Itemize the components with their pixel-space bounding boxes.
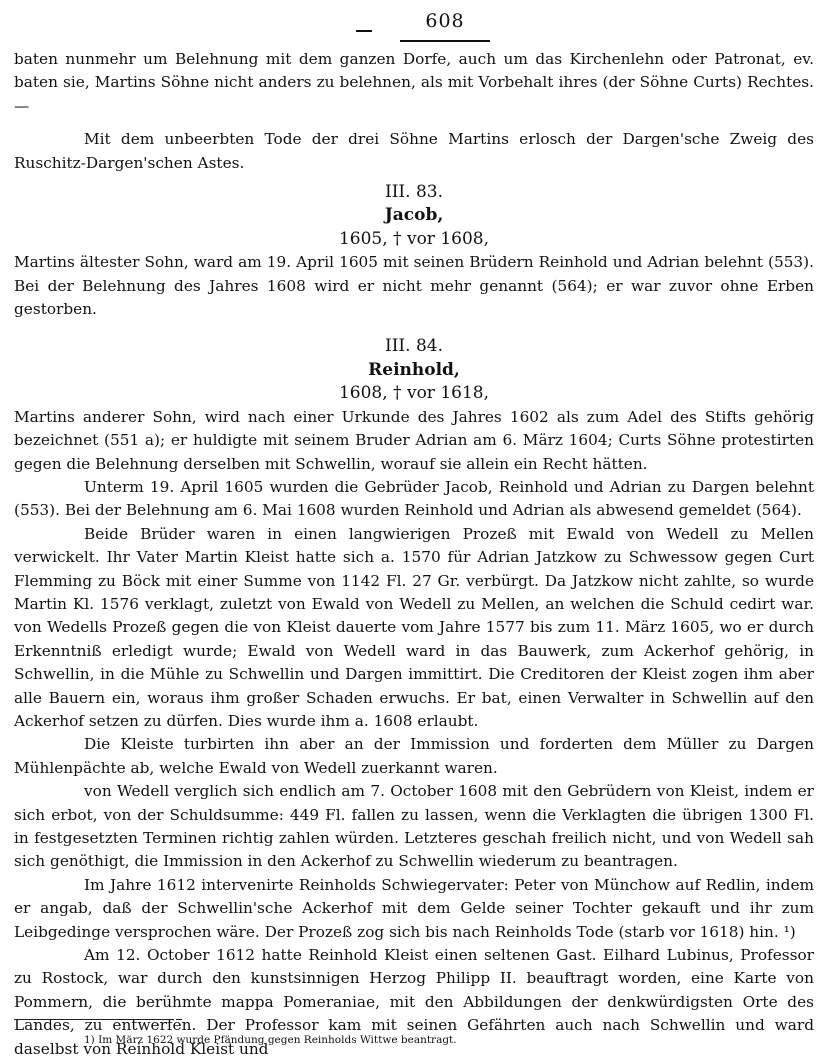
section-paragraph: Martins anderer Sohn, wird nach einer Ur… bbox=[14, 406, 814, 476]
section-name: Reinhold, bbox=[14, 359, 814, 382]
body-text: baten nunmehr um Belehnung mit dem ganze… bbox=[14, 48, 814, 1056]
section-number: III. 84. bbox=[14, 335, 814, 358]
header-rule bbox=[400, 40, 490, 42]
section-paragraph: Beide Brüder waren in einen langwierigen… bbox=[14, 523, 814, 734]
section-dates: 1608, † vor 1618, bbox=[14, 382, 814, 405]
page-number: 608 bbox=[400, 10, 490, 32]
section-paragraph: Unterm 19. April 1605 wurden die Gebrüde… bbox=[14, 476, 814, 523]
header-dash bbox=[356, 30, 372, 32]
page-header: 608 bbox=[0, 8, 826, 48]
section-paragraph: Die Kleiste turbirten ihn aber an der Im… bbox=[14, 733, 814, 780]
document-page: 608 baten nunmehr um Belehnung mit dem g… bbox=[0, 0, 826, 1056]
footnote-rule bbox=[14, 1019, 174, 1020]
section-paragraph: Martins ältester Sohn, ward am 19. April… bbox=[14, 251, 814, 321]
footnote: 1) Im März 1622 wurde Pfändung gegen Rei… bbox=[84, 1034, 457, 1046]
paragraph-extinction: Mit dem unbeerbten Tode der drei Söhne M… bbox=[14, 128, 814, 175]
section-number: III. 83. bbox=[14, 181, 814, 204]
paragraph-continuation: baten nunmehr um Belehnung mit dem ganze… bbox=[14, 48, 814, 118]
section-paragraph: von Wedell verglich sich endlich am 7. O… bbox=[14, 780, 814, 874]
section-name: Jacob, bbox=[14, 204, 814, 227]
section-paragraph: Im Jahre 1612 intervenirte Reinholds Sch… bbox=[14, 874, 814, 944]
section-dates: 1605, † vor 1608, bbox=[14, 228, 814, 251]
footnote-rule-tick bbox=[176, 1019, 182, 1020]
